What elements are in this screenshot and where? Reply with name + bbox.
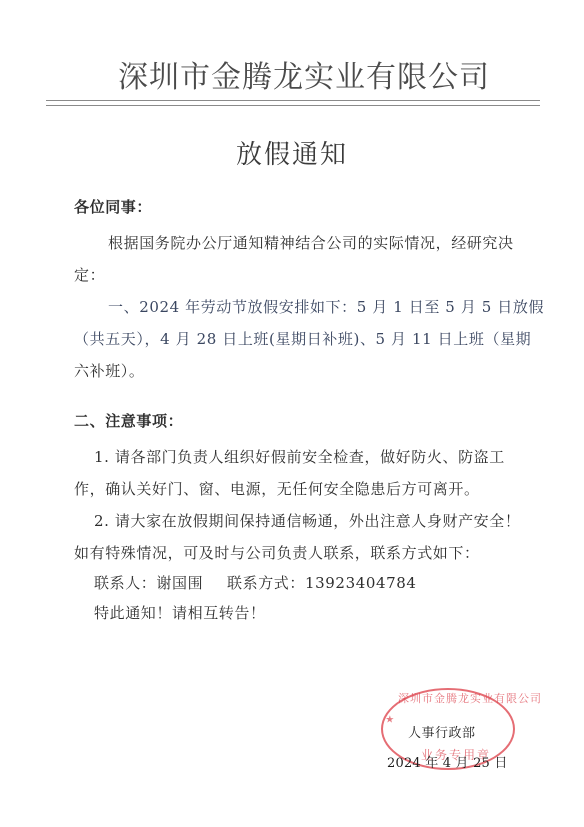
closing-line: 特此通知！请相互转告！: [94, 602, 266, 623]
document-title: 放假通知: [0, 134, 584, 171]
company-name: 深圳市金腾龙实业有限公司: [0, 52, 584, 96]
item1-line-2: 作，确认关好门、窗、电源，无任何安全隐患后方可离开。: [74, 478, 480, 499]
header-double-rule: [46, 100, 540, 106]
signing-department: 人事行政部: [408, 722, 476, 741]
contact-person: 联系人：谢国围: [94, 572, 203, 593]
section1-line-1: 一、2024 年劳动节放假安排如下：5 月 1 日至 5 月 5 日放假: [108, 296, 544, 317]
section2-heading: 二、注意事项：: [74, 410, 183, 431]
contact-phone: 联系方式：13923404784: [227, 572, 417, 593]
intro-line-2: 定：: [74, 264, 105, 285]
intro-line-1: 根据国务院办公厅通知精神结合公司的实际情况，经研究决: [108, 232, 514, 253]
signing-date: 2024 年 4 月 25 日: [387, 752, 508, 771]
item1-line-1: 1. 请各部门负责人组织好假前安全检查，做好防火、防盗工: [94, 446, 505, 467]
stamp-arc-text: 深圳市金腾龙实业有限公司: [398, 690, 542, 706]
section1-line-2: （共五天），4 月 28 日上班(星期日补班)、5 月 11 日上班（星期: [74, 328, 531, 349]
salutation: 各位同事：: [74, 196, 152, 217]
section1-line-3: 六补班）。: [74, 360, 145, 381]
item2-line-2: 如有特殊情况，可及时与公司负责人联系，联系方式如下：: [74, 542, 480, 563]
item2-line-1: 2. 请大家在放假期间保持通信畅通，外出注意人身财产安全！: [94, 510, 520, 531]
